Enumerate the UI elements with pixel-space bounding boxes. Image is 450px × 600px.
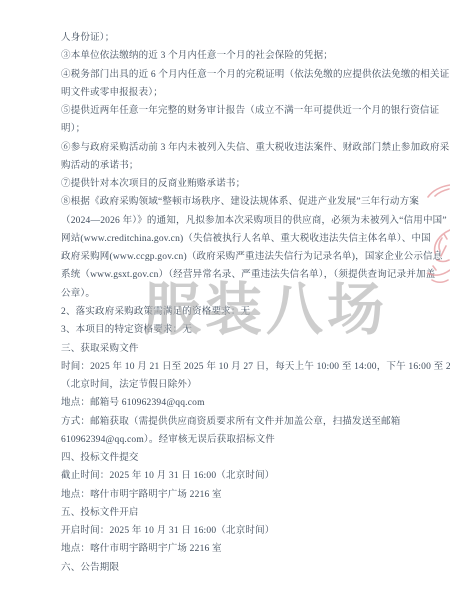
document-line: ⑤提供近两年任意一年完整的财务审计报告（成立不满一年可提供近一个月的银行资信证 bbox=[61, 102, 417, 120]
document-text-block: 人身份证）；③本单位依法缴纳的近 3 个月内任意一个月的社会保险的凭据；④税务部… bbox=[61, 29, 417, 577]
document-line: 地点：喀什市明宇路明宇广场 2216 室 bbox=[61, 540, 417, 558]
document-line: 3、本项目的特定资格要求：无 bbox=[61, 321, 417, 339]
document-page: 人身份证）；③本单位依法缴纳的近 3 个月内任意一个月的社会保险的凭据；④税务部… bbox=[0, 0, 450, 600]
document-line: ⑦提供针对本次项目的反商业贿赂承诺书； bbox=[61, 175, 417, 193]
document-line: 网站(www.creditchina.gov.cn)（失信被执行人名单、重大税收… bbox=[61, 230, 417, 248]
document-line: 610962394@qq.com）。经审核无误后获取招标文件 bbox=[61, 431, 417, 449]
red-seal-fragment-icon bbox=[424, 176, 450, 298]
document-line: 方式：邮箱获取（需提供供应商资质要求所有文件并加盖公章，扫描发送至邮箱 bbox=[61, 413, 417, 431]
document-line: 六、公告期限 bbox=[61, 559, 417, 577]
document-line: 三、获取采购文件 bbox=[61, 340, 417, 358]
document-line: 购活动的承诺书； bbox=[61, 157, 417, 175]
document-line: 地点：邮箱号 610962394@qq.com bbox=[61, 394, 417, 412]
document-line: 五、投标文件开启 bbox=[61, 504, 417, 522]
document-line: ③本单位依法缴纳的近 3 个月内任意一个月的社会保险的凭据； bbox=[61, 47, 417, 65]
document-line: 截止时间：2025 年 10 月 31 日 16:00（北京时间） bbox=[61, 467, 417, 485]
document-line: ④税务部门出具的近 6 个月内任意一个月的完税证明（依法免缴的应提供依法免缴的相… bbox=[61, 66, 417, 84]
document-line: 人身份证）； bbox=[61, 29, 417, 47]
document-line: （2024—2026 年）》的通知，凡拟参加本次采购项目的供应商，必须为未被列入… bbox=[61, 212, 417, 230]
document-line: 明）； bbox=[61, 120, 417, 138]
document-line: 明文件或零申报报表）； bbox=[61, 84, 417, 102]
document-line: 公章）。 bbox=[61, 285, 417, 303]
document-line: 政府采购网(www.ccgp.gov.cn)（政府采购严重违法失信行为记录名单)… bbox=[61, 248, 417, 266]
document-line: ⑧根据《政府采购领域“整顿市场秩序、建设法规体系、促进产业发展”三年行动方案 bbox=[61, 193, 417, 211]
document-line: 地点：喀什市明宇路明宇广场 2216 室 bbox=[61, 486, 417, 504]
document-line: 2、落实政府采购政策需满足的资格要求：无 bbox=[61, 303, 417, 321]
document-line: ⑥参与政府采购活动前 3 年内未被列入失信、重大税收违法案件、财政部门禁止参加政… bbox=[61, 139, 417, 157]
document-line: （北京时间，法定节假日除外） bbox=[61, 376, 417, 394]
document-line: 四、投标文件提交 bbox=[61, 449, 417, 467]
document-line: 时间：2025 年 10 月 21 日至 2025 年 10 月 27 日，每天… bbox=[61, 358, 417, 376]
document-line: 系统（www.gsxt.gov.cn）（经营异常名录、严重违法失信名单），（须提… bbox=[61, 266, 417, 284]
document-line: 开启时间：2025 年 10 月 31 日 16:00（北京时间） bbox=[61, 522, 417, 540]
